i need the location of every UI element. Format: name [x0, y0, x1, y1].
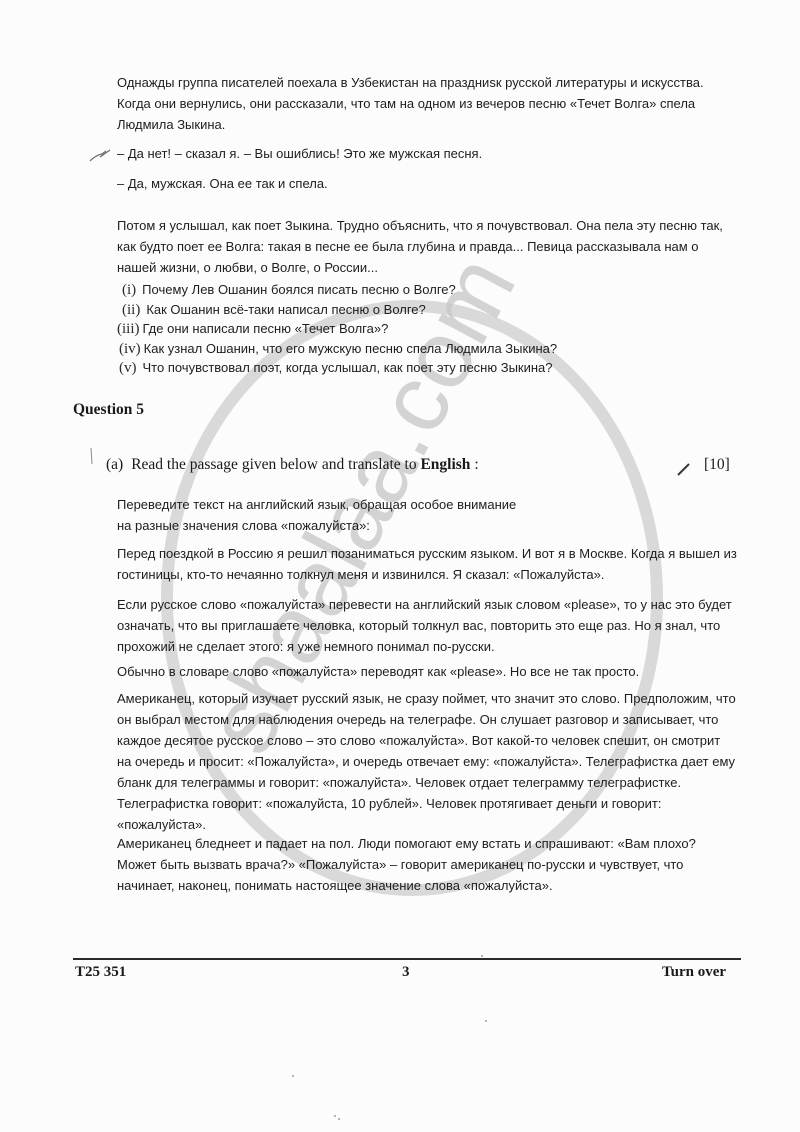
pencil-tick-mark-icon [88, 145, 118, 165]
question-5-heading: Question 5 [73, 401, 144, 419]
question-text: Как Ошанин всё-таки написал песню о Волг… [146, 302, 425, 317]
question-number: (iii) [117, 321, 140, 338]
question-text: Как узнал Ошанин, что его мужскую песню … [144, 341, 557, 356]
turn-over-label: Turn over [662, 964, 726, 981]
paragraph-text: Обычно в словаре слово «пожалуйста» пере… [117, 661, 737, 682]
paper-speck [338, 1118, 340, 1120]
question-number: (v) [119, 360, 137, 377]
question-5a-prompt: (a)Read the passage given below and tran… [106, 456, 479, 474]
marks-badge: [10] [704, 456, 730, 474]
dialogue-text: – Да нет! – сказал я. – Вы ошиблись! Это… [117, 143, 737, 164]
question-item: (ii) Как Ошанин всё-таки написал песню о… [117, 302, 717, 322]
paragraph-text: Однажды группа писателей поехала в Узбек… [117, 72, 717, 135]
question-item: (iii) Где они написали песню «Течет Волг… [117, 321, 717, 341]
paper-speck [292, 1075, 294, 1077]
passage-2-paragraph-1: Перед поездкой в Россию я решил позанима… [117, 543, 737, 585]
instruction-line: Переведите текст на английский язык, обр… [117, 494, 737, 515]
paragraph-text: Потом я услышал, как поет Зыкина. Трудно… [117, 215, 732, 278]
paragraph-text: Если русское слово «пожалуйста» перевест… [117, 594, 737, 657]
paper-speck [481, 955, 483, 957]
passage-2-paragraph-2: Если русское слово «пожалуйста» перевест… [117, 594, 737, 657]
question-list: (i) Почему Лев Ошанин боялся писать песн… [117, 282, 717, 380]
question-item: (i) Почему Лев Ошанин боялся писать песн… [117, 282, 717, 302]
passage-2-paragraph-3: Обычно в словаре слово «пожалуйста» пере… [117, 661, 737, 682]
paper-speck [334, 1115, 336, 1117]
question-text: Что почувствовал поэт, когда услышал, ка… [143, 360, 553, 375]
paragraph-text: Американец бледнеет и падает на пол. Люд… [117, 833, 737, 896]
prompt-text: Read the passage given below and transla… [131, 456, 420, 473]
passage-2-paragraph-4: Американец, который изучает русский язык… [117, 688, 737, 835]
prompt-suffix: : [470, 456, 478, 473]
passage-1-dialogue-2: – Да, мужская. Она ее так и спела. [117, 173, 737, 194]
question-text: Почему Лев Ошанин боялся писать песню о … [142, 282, 456, 297]
passage-2-paragraph-5: Американец бледнеет и падает на пол. Люд… [117, 833, 737, 896]
prompt-bold-text: English [420, 456, 470, 473]
question-number: (i) [122, 282, 136, 299]
passage-1-paragraph-1: Однажды группа писателей поехала в Узбек… [117, 72, 717, 135]
question-text: Где они написали песню «Течет Волга»? [143, 321, 389, 336]
dialogue-text: – Да, мужская. Она ее так и спела. [117, 173, 737, 194]
passage-1-dialogue-1: – Да нет! – сказал я. – Вы ошиблись! Это… [117, 143, 737, 164]
paragraph-text: Перед поездкой в Россию я решил позанима… [117, 543, 737, 585]
question-number: (iv) [119, 341, 141, 358]
instruction-line: на разные значения слова «пожалуйста»: [117, 515, 737, 536]
translation-instruction: Переведите текст на английский язык, обр… [117, 494, 737, 536]
question-number: (ii) [122, 302, 140, 319]
page-number: 3 [402, 964, 410, 981]
part-label: (a) [106, 456, 123, 473]
question-item: (v) Что почувствовал поэт, когда услышал… [117, 360, 717, 380]
passage-1-paragraph-2: Потом я услышал, как поет Зыкина. Трудно… [117, 215, 732, 278]
paragraph-text: Американец, который изучает русский язык… [117, 688, 737, 835]
pencil-tick-mark-icon [676, 461, 692, 477]
exam-page: shaalaa.com Однажды группа писателей пое… [0, 0, 800, 1132]
footer-divider [73, 958, 741, 960]
question-item: (iv) Как узнал Ошанин, что его мужскую п… [117, 341, 717, 361]
paper-code: T25 351 [75, 964, 126, 981]
paper-speck [485, 1020, 487, 1022]
pencil-stroke-icon [88, 446, 96, 466]
